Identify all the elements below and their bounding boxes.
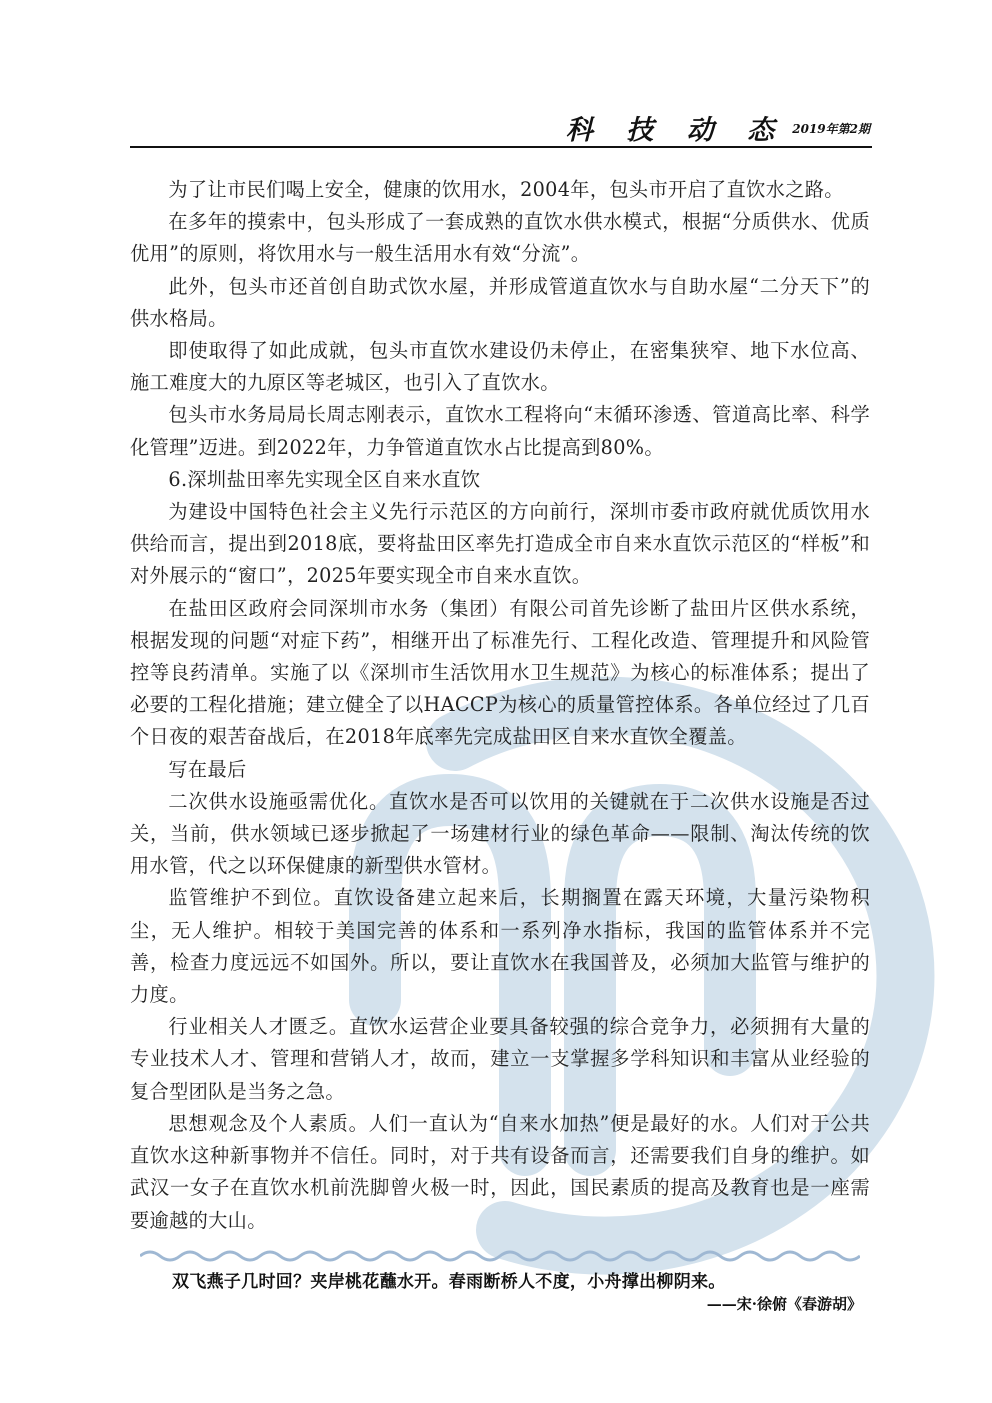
- paragraph: 二次供水设施亟需优化。直饮水是否可以饮用的关键就在于二次供水设施是否过关，当前，…: [130, 786, 870, 883]
- paragraph: 监管维护不到位。直饮设备建立起来后，长期搁置在露天环境，大量污染物积尘，无人维护…: [130, 882, 870, 1011]
- paragraph: 行业相关人才匮乏。直饮水运营企业要具备较强的综合竞争力，必须拥有大量的专业技术人…: [130, 1011, 870, 1108]
- paragraph: 为建设中国特色社会主义先行示范区的方向前行，深圳市委市政府就优质饮用水供给而言，…: [130, 496, 870, 593]
- article-body: 为了让市民们喝上安全，健康的饮用水，2004年，包头市开启了直饮水之路。 在多年…: [130, 174, 870, 1237]
- poem-attribution: ——宋·徐俯《春游胡》: [707, 1293, 862, 1314]
- paragraph: 在盐田区政府会同深圳市水务（集团）有限公司首先诊断了盐田片区供水系统，根据发现的…: [130, 593, 870, 754]
- journal-title: 科 技 动 态: [566, 108, 786, 147]
- paragraph: 在多年的摸索中，包头形成了一套成熟的直饮水供水模式，根据“分质供水、优质优用”的…: [130, 206, 870, 270]
- paragraph: 此外，包头市还首创自助式饮水屋，并形成管道直饮水与自助水屋“二分天下”的供水格局…: [130, 271, 870, 335]
- wave-divider: [140, 1246, 860, 1262]
- issue-label: 2019年第2期: [792, 120, 870, 137]
- paragraph: 为了让市民们喝上安全，健康的饮用水，2004年，包头市开启了直饮水之路。: [130, 174, 870, 206]
- section-heading: 写在最后: [130, 754, 870, 786]
- paragraph: 包头市水务局局长周志刚表示，直饮水工程将向“末循环渗透、管道高比率、科学化管理”…: [130, 399, 870, 463]
- section-heading: 6.深圳盐田率先实现全区自来水直饮: [130, 464, 870, 496]
- poem-quote: 双飞燕子几时回？夹岸桃花蘸水开。春雨断桥人不度，小舟撑出柳阴来。: [172, 1267, 726, 1292]
- page-header: 科 技 动 态 2019年第2期: [130, 108, 872, 146]
- header-divider: [130, 146, 872, 148]
- paragraph: 思想观念及个人素质。人们一直认为“自来水加热”便是最好的水。人们对于公共直饮水这…: [130, 1108, 870, 1237]
- paragraph: 即使取得了如此成就，包头市直饮水建设仍未停止，在密集狭窄、地下水位高、施工难度大…: [130, 335, 870, 399]
